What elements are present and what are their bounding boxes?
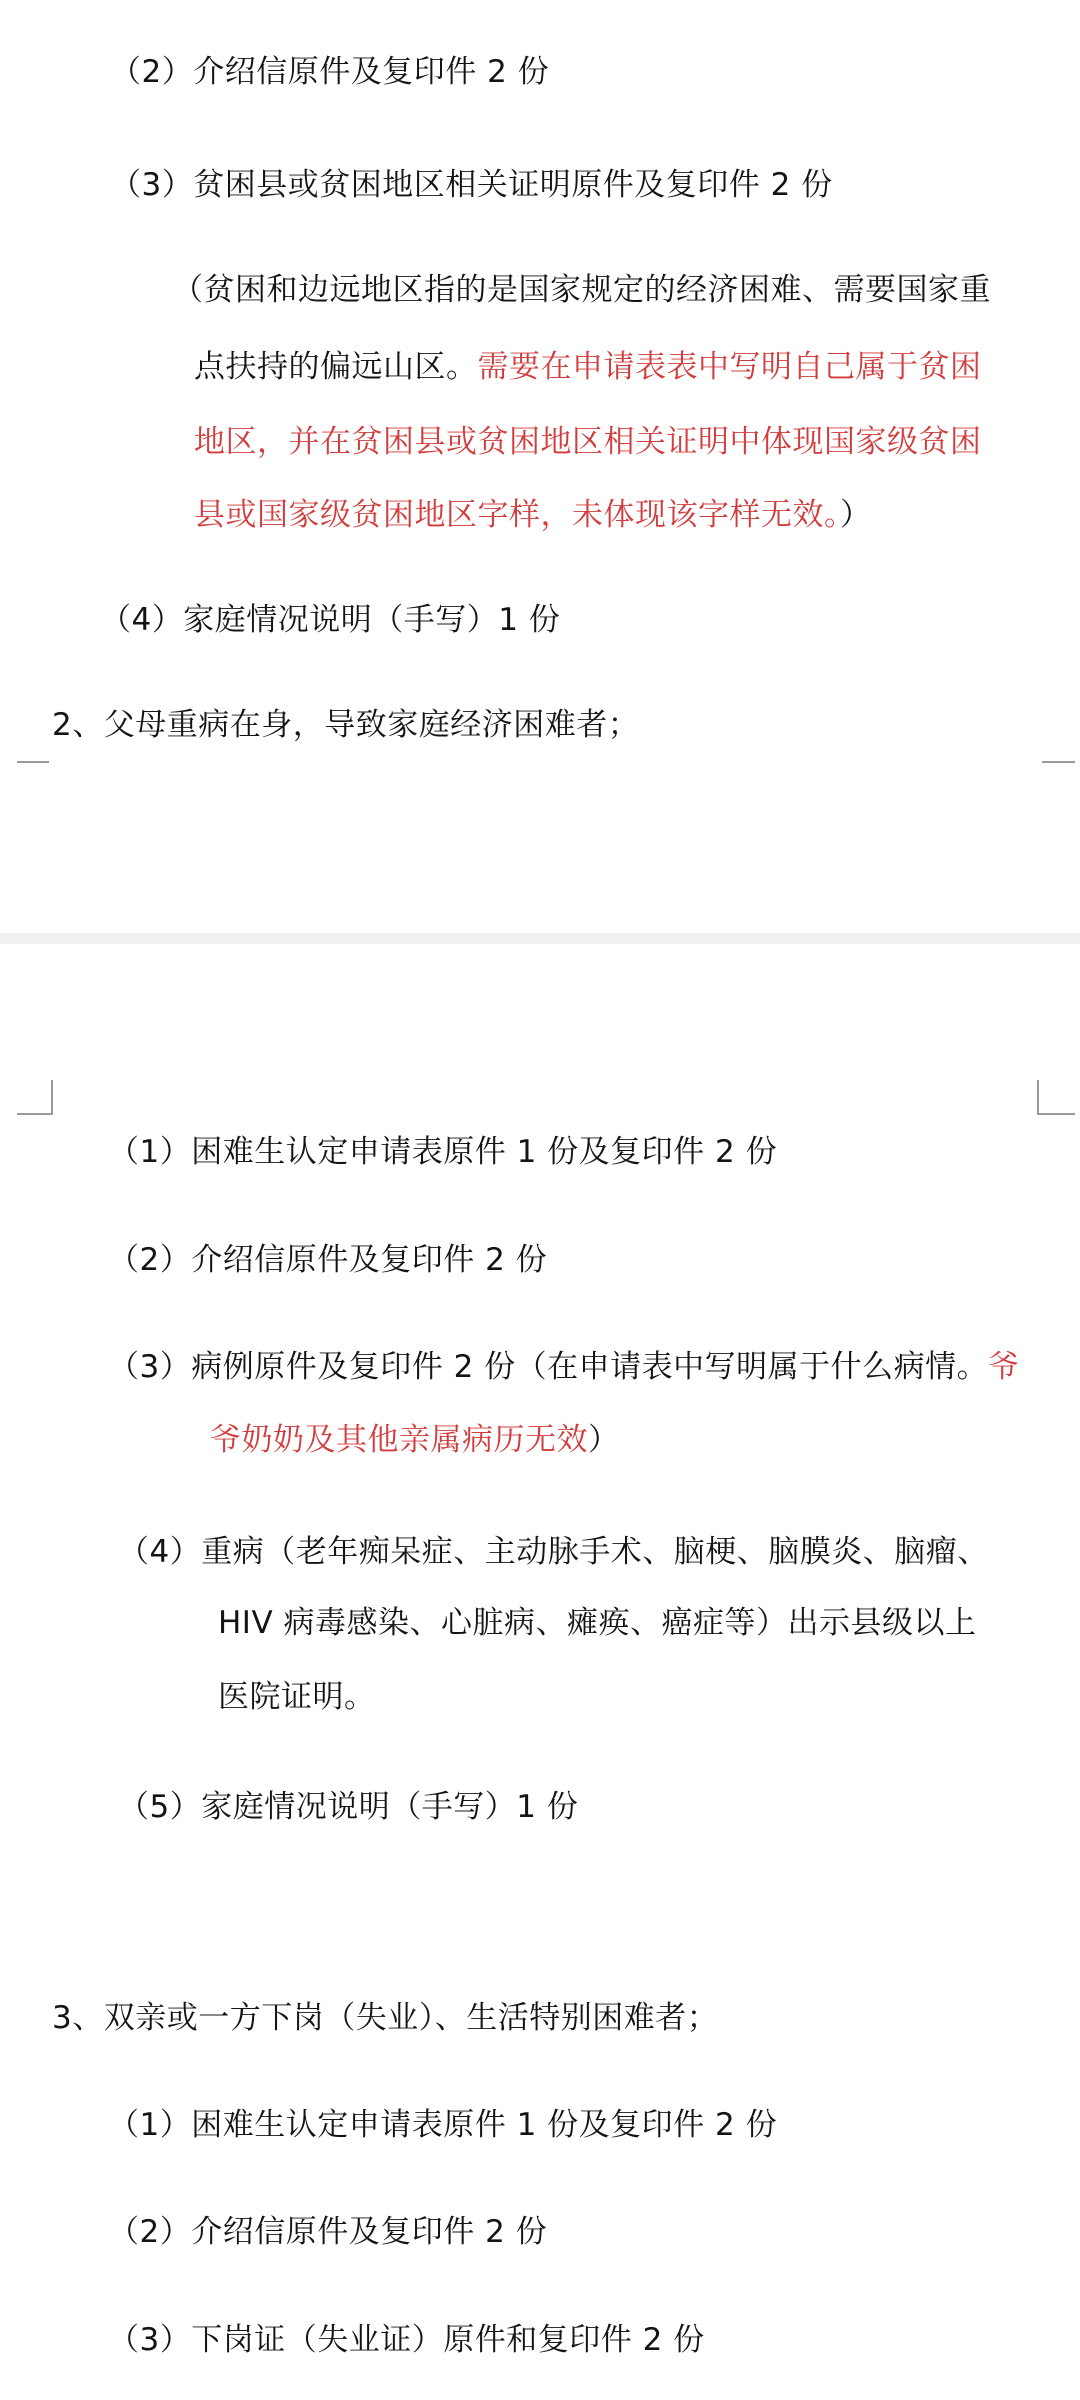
item-3-medical-records: （3）病例原件及复印件 2 份（在申请表中写明属于什么病情。爷: [108, 1347, 1020, 1387]
item-1-application-form: （1）困难生认定申请表原件 1 份及复印件 2 份: [108, 1132, 777, 1172]
item-1-application-form: （1）困难生认定申请表原件 1 份及复印件 2 份: [108, 2105, 777, 2145]
item-2-intro-letter: （2）介绍信原件及复印件 2 份: [110, 52, 549, 92]
margin-mark-bottom-left: [17, 761, 49, 763]
item-4-serious-illness: （4）重病（老年痴呆症、主动脉手术、脑梗、脑膜炎、脑瘤、: [118, 1532, 989, 1572]
item-4-continuation-2: 医院证明。: [218, 1677, 376, 1717]
item-warning: 爷: [988, 1349, 1020, 1385]
item-4-family-statement: （4）家庭情况说明（手写）1 份: [100, 600, 560, 640]
section-3-heading: 3、双亲或一方下岗（失业）、生活特别困难者；: [52, 1998, 718, 2038]
item-warning: 爷奶奶及其他亲属病历无效: [210, 1422, 588, 1458]
item-3-poverty-proof: （3）贫困县或贫困地区相关证明原件及复印件 2 份: [110, 165, 833, 205]
item-5-family-statement: （5）家庭情况说明（手写）1 份: [118, 1787, 578, 1827]
margin-mark-bottom-right: [1042, 761, 1075, 763]
note-line-3: 地区，并在贫困县或贫困地区相关证明中体现国家级贫困: [194, 422, 982, 462]
note-warning: 县或国家级贫困地区字样，未体现该字样无效。: [194, 497, 840, 533]
note-close-paren: ）: [840, 497, 872, 533]
close-paren: ）: [588, 1422, 620, 1458]
note-text: 点扶持的偏远山区。: [194, 349, 478, 385]
item-4-continuation-1: HIV 病毒感染、心脏病、瘫痪、癌症等）出示县级以上: [218, 1603, 977, 1643]
margin-mark-top-right-h: [1037, 1113, 1075, 1115]
margin-mark-top-right-v: [1037, 1080, 1039, 1115]
margin-mark-top-left-v: [51, 1080, 53, 1115]
item-text: （3）病例原件及复印件 2 份（在申请表中写明属于什么病情。: [108, 1349, 988, 1385]
note-warning: 需要在申请表表中写明自己属于贫困: [478, 349, 982, 385]
item-2-intro-letter: （2）介绍信原件及复印件 2 份: [108, 2212, 547, 2252]
section-2-heading: 2、父母重病在身，导致家庭经济困难者；: [52, 705, 639, 745]
page-separator: [0, 933, 1080, 944]
margin-mark-top-left-h: [17, 1113, 53, 1115]
item-3-continuation: 爷奶奶及其他亲属病历无效）: [210, 1420, 620, 1460]
item-3-layoff-certificate: （3）下岗证（失业证）原件和复印件 2 份: [108, 2320, 705, 2360]
item-2-intro-letter: （2）介绍信原件及复印件 2 份: [108, 1240, 547, 1280]
note-line-1: （贫困和边远地区指的是国家规定的经济困难、需要国家重: [172, 270, 991, 310]
note-line-2: 点扶持的偏远山区。需要在申请表表中写明自己属于贫困: [194, 347, 982, 387]
note-line-4: 县或国家级贫困地区字样，未体现该字样无效。）: [194, 495, 872, 535]
